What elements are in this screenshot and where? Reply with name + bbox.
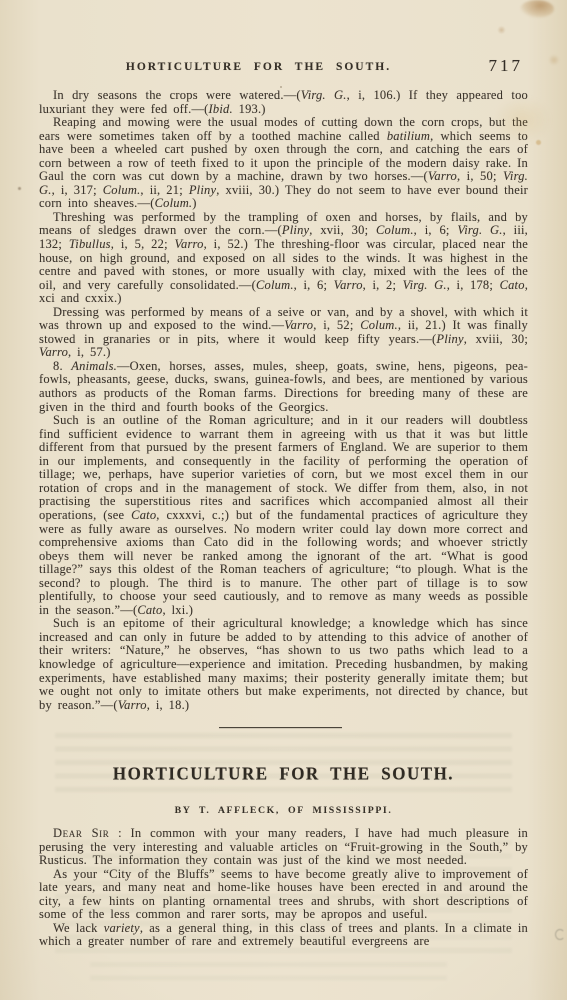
section-divider-rule	[219, 727, 342, 728]
small-caps-text: Dear Sir	[53, 826, 109, 840]
italic-text: Colum.	[360, 318, 398, 332]
body-text: , cxxxvi, c.;) but of the fundamental pr…	[39, 508, 528, 617]
italic-text: Animals.	[71, 359, 117, 373]
body-text: Such is an outline of the Roman agricult…	[39, 413, 528, 522]
body-text: )	[192, 196, 196, 210]
body-text: , i, 6;	[414, 223, 458, 237]
body-text: , xviii, 30;	[464, 332, 528, 346]
italic-text: Varro	[175, 237, 204, 251]
paragraph: As your “City of the Bluffs” seems to ha…	[39, 868, 528, 922]
paper-mark	[555, 929, 565, 940]
page-number: 717	[489, 56, 524, 76]
body-text: In dry seasons the crops were watered.—(	[53, 88, 301, 102]
body-text: , xvii, 30;	[309, 223, 376, 237]
body-text: , i, 57.)	[68, 345, 111, 359]
running-header-title: HORTICULTURE FOR THE SOUTH.	[40, 61, 477, 73]
paragraph: Such is an outline of the Roman agricult…	[39, 414, 528, 617]
paragraph: In dry seasons the crops were watered.—(…	[39, 89, 528, 116]
body-text: , lxi.)	[162, 603, 193, 617]
article-byline: BY T. AFFLECK, OF MISSISSIPPI.	[40, 805, 527, 816]
body-text: 8.	[53, 359, 71, 373]
paper-stain	[536, 140, 541, 145]
body-text: , ii, 21;	[140, 183, 188, 197]
body-text: , i, 6;	[294, 278, 334, 292]
italic-text: Colum.	[155, 196, 193, 210]
italic-text: Tibullus	[69, 237, 111, 251]
paragraph: Dear Sir : In common with your many read…	[39, 827, 528, 868]
paragraph: Reaping and mowing were the usual modes …	[39, 116, 528, 211]
paper-speck	[18, 187, 21, 190]
italic-text: batilium	[387, 129, 430, 143]
italic-text: Ibid.	[209, 102, 233, 116]
body-text: , i, 5, 22;	[111, 237, 175, 251]
paragraph: Threshing was performed by the trampling…	[39, 211, 528, 306]
article-title: HORTICULTURE FOR THE SOUTH.	[40, 763, 527, 785]
body-text: , i, 178;	[447, 278, 500, 292]
italic-text: Colum.	[256, 278, 294, 292]
article-horticulture-letter: Dear Sir : In common with your many read…	[39, 827, 528, 949]
body-text: , i, 52;	[313, 318, 360, 332]
body-text: , i, 18.)	[147, 698, 190, 712]
italic-text: Colum.	[103, 183, 141, 197]
italic-text: Pliny	[189, 183, 216, 197]
italic-text: Varro	[118, 698, 147, 712]
reverse-side-show-through	[90, 962, 447, 988]
italic-text: Varro	[428, 169, 457, 183]
running-header: HORTICULTURE FOR THE SOUTH. 717	[40, 56, 527, 80]
body-text: , i, 50;	[457, 169, 503, 183]
paper-stain	[548, 55, 560, 65]
italic-text: Cato	[137, 603, 162, 617]
italic-text: Varro	[39, 345, 68, 359]
paragraph: Dressing was performed by means of a sei…	[39, 306, 528, 360]
article-roman-agriculture-conclusion: In dry seasons the crops were watered.—(…	[39, 89, 528, 712]
body-text: Such is an epitome of their agricultural…	[39, 616, 528, 711]
italic-text: Varro	[334, 278, 363, 292]
body-text: , i, 2;	[363, 278, 403, 292]
italic-text: variety	[104, 921, 140, 935]
italic-text: Varro	[284, 318, 313, 332]
italic-text: Pliny	[436, 332, 463, 346]
paragraph: Such is an epitome of their agricultural…	[39, 617, 528, 712]
italic-text: Virg. G.	[403, 278, 447, 292]
italic-text: Pliny	[282, 223, 309, 237]
italic-text: Cato	[131, 508, 156, 522]
paragraph: 8. Animals.—Oxen, horses, asses, mules, …	[39, 360, 528, 414]
italic-text: Virg. G.	[301, 88, 347, 102]
scanned-book-page: HORTICULTURE FOR THE SOUTH. 717 In dry s…	[0, 0, 567, 1000]
italic-text: Colum.	[376, 223, 414, 237]
body-text: We lack	[53, 921, 104, 935]
body-text: , i, 317;	[52, 183, 103, 197]
italic-text: Cato	[500, 278, 525, 292]
body-text: 193.)	[233, 102, 266, 116]
paragraph: We lack variety, as a general thing, in …	[39, 922, 528, 949]
italic-text: Virg. G.	[457, 223, 502, 237]
body-text: As your “City of the Bluffs” seems to ha…	[39, 867, 528, 922]
body-text: : In common with your many readers, I ha…	[39, 826, 528, 867]
paper-stain	[520, 0, 554, 18]
paper-stain	[497, 26, 506, 34]
